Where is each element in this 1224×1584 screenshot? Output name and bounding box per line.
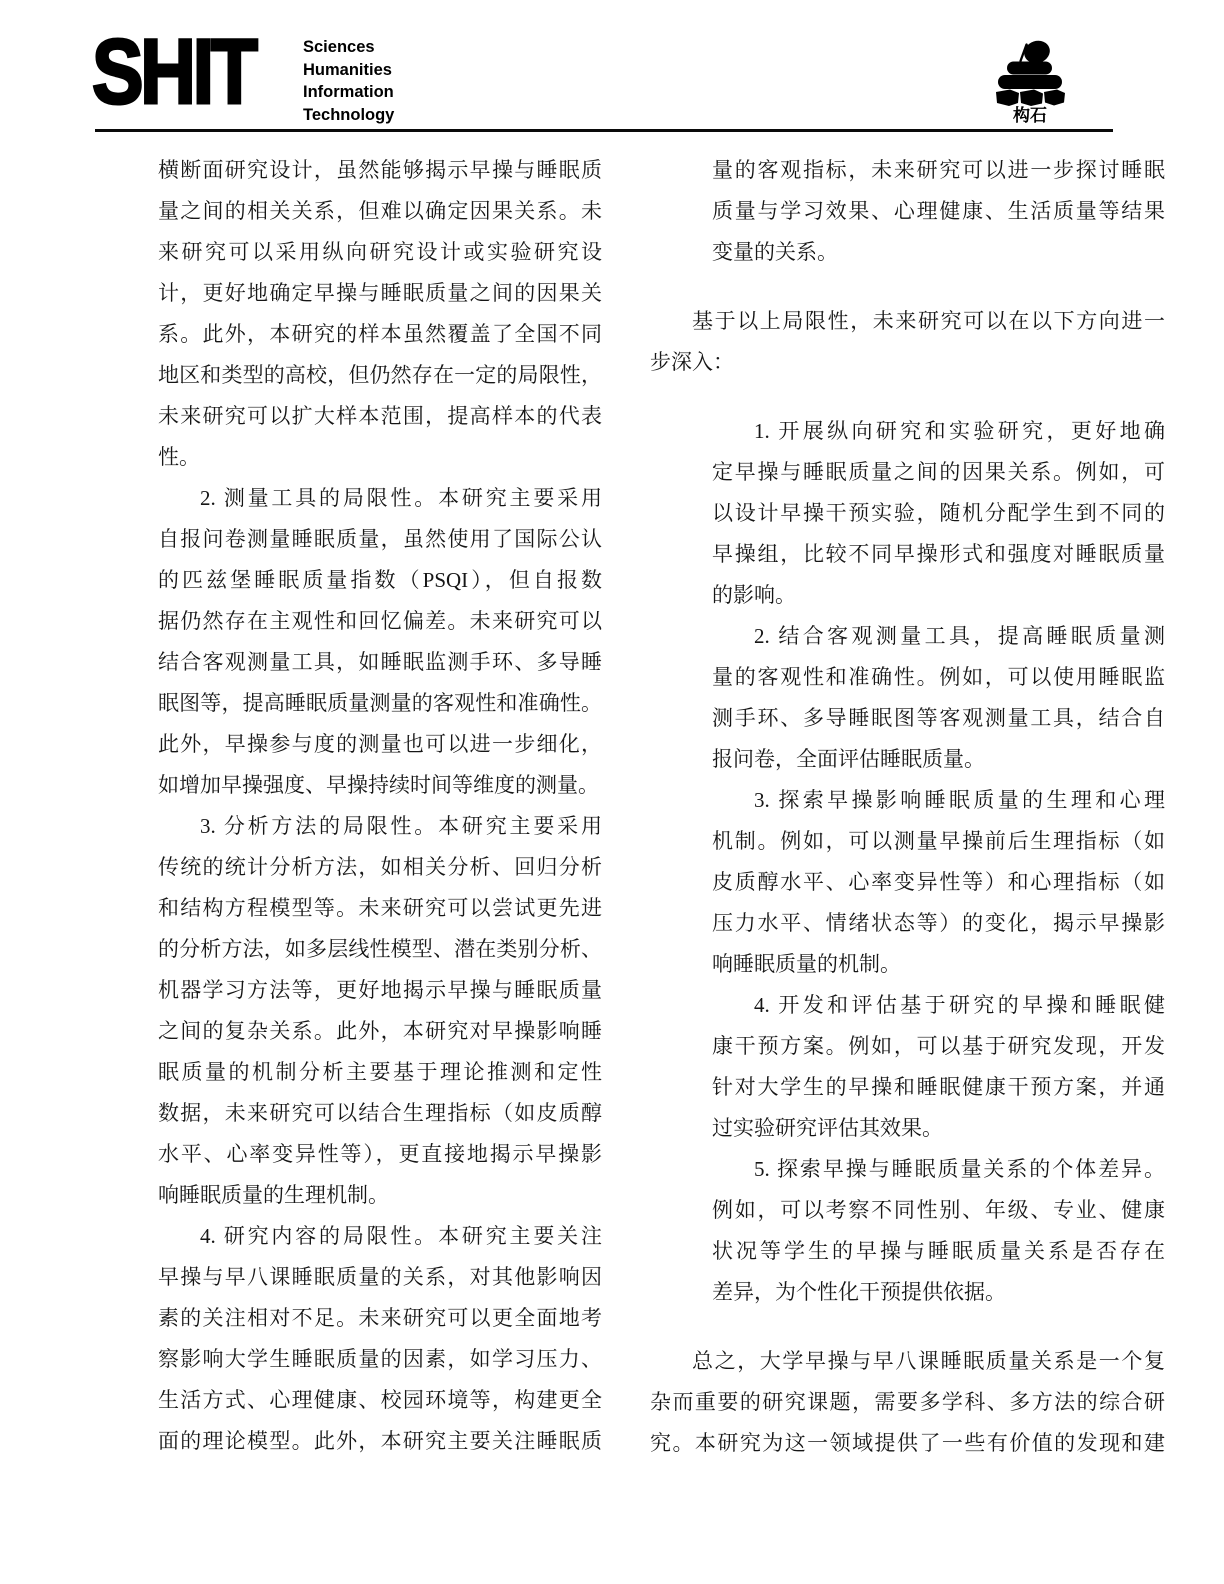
- left-column: 横断面研究设计，虽然能够揭示早操与睡眠质量之间的相关关系，但难以确定因果关系。未…: [158, 150, 602, 1462]
- text-line: 的分析方法，如多层线性模型、潜在类别分析、: [158, 929, 602, 970]
- text-line: 针对大学生的早操和睡眠健康干预方案，并通: [712, 1067, 1165, 1108]
- paragraph-numbered: 3. 分析方法的局限性。本研究主要采用传统的统计分析方法，如相关分析、回归分析和…: [158, 806, 602, 1216]
- text-line: 计，更好地确定早操与睡眠质量之间的因果关: [158, 273, 602, 314]
- text-line: 量的客观性和准确性。例如，可以使用睡眠监: [712, 657, 1165, 698]
- page-header: SHIT Sciences Humanities Information Tec…: [0, 0, 1224, 150]
- text-line: 传统的统计分析方法，如相关分析、回归分析: [158, 847, 602, 888]
- text-line: 早操组，比较不同早操形式和强度对睡眠质量: [712, 534, 1165, 575]
- text-line: 据仍然存在主观性和回忆偏差。未来研究可以: [158, 601, 602, 642]
- text-line: 和结构方程模型等。未来研究可以尝试更先进: [158, 888, 602, 929]
- text-line: 数据，未来研究可以结合生理指标（如皮质醇: [158, 1093, 602, 1134]
- journal-name-line: Technology: [303, 104, 394, 127]
- paragraph-block-item: 3. 探索早操影响睡眠质量的生理和心理机制。例如，可以测量早操前后生理指标（如皮…: [712, 780, 1165, 985]
- text-line: 早操与早八课睡眠质量的关系，对其他影响因: [158, 1257, 602, 1298]
- text-line: 眠图等，提高睡眠质量测量的客观性和准确性。: [158, 683, 602, 724]
- text-line: 结合客观测量工具，如睡眠监测手环、多导睡: [158, 642, 602, 683]
- text-line: 状况等学生的早操与睡眠质量关系是否存在: [712, 1231, 1165, 1272]
- paragraph-numbered: 4. 研究内容的局限性。本研究主要关注早操与早八课睡眠质量的关系，对其他影响因素…: [158, 1216, 602, 1462]
- paragraph-paragraph: 基于以上局限性，未来研究可以在以下方向进一步深入：: [650, 301, 1165, 383]
- text-line: 响睡眠质量的机制。: [712, 944, 1165, 985]
- header-rule: [95, 129, 1113, 132]
- text-line: 报问卷，全面评估睡眠质量。: [712, 739, 1165, 780]
- paragraph-paragraph: 总之，大学早操与早八课睡眠质量关系是一个复杂而重要的研究课题，需要多学科、多方法…: [650, 1341, 1165, 1464]
- text-line: 过实验研究评估其效果。: [712, 1108, 1165, 1149]
- text-line: 5. 探索早操与睡眠质量关系的个体差异。: [712, 1149, 1165, 1190]
- text-line: 差异，为个性化干预提供依据。: [712, 1272, 1165, 1313]
- text-line: 变量的关系。: [712, 232, 1165, 273]
- document-page: { "colors": { "ink": "#161616", "logo": …: [0, 0, 1224, 1584]
- text-line: 测手环、多导睡眠图等客观测量工具，结合自: [712, 698, 1165, 739]
- text-line: 1. 开展纵向研究和实验研究，更好地确: [712, 411, 1165, 452]
- text-line: 基于以上局限性，未来研究可以在以下方向进一: [650, 301, 1165, 342]
- text-line: 定早操与睡眠质量之间的因果关系。例如，可: [712, 452, 1165, 493]
- text-line: 面的理论模型。此外，本研究主要关注睡眠质: [158, 1421, 602, 1462]
- text-line: 康干预方案。例如，可以基于研究发现，开发: [712, 1026, 1165, 1067]
- journal-name: Sciences Humanities Information Technolo…: [303, 36, 394, 126]
- text-line: 系。此外，本研究的样本虽然覆盖了全国不同: [158, 314, 602, 355]
- text-line: 例如，可以考察不同性别、年级、专业、健康: [712, 1190, 1165, 1231]
- publisher-label: 构石: [983, 107, 1077, 125]
- text-line: 总之，大学早操与早八课睡眠质量关系是一个复: [650, 1341, 1165, 1382]
- paragraph-block-item: 4. 开发和评估基于研究的早操和睡眠健康干预方案。例如，可以基于研究发现，开发针…: [712, 985, 1165, 1149]
- right-column: 量的客观指标，未来研究可以进一步探讨睡眠质量与学习效果、心理健康、生活质量等结果…: [650, 150, 1165, 1464]
- text-line: 之间的复杂关系。此外，本研究对早操影响睡: [158, 1011, 602, 1052]
- text-line: 3. 探索早操影响睡眠质量的生理和心理: [712, 780, 1165, 821]
- text-line: 未来研究可以扩大样本范围，提高样本的代表: [158, 396, 602, 437]
- text-line: 机制。例如，可以测量早操前后生理指标（如: [712, 821, 1165, 862]
- paragraph-block-continuation: 量的客观指标，未来研究可以进一步探讨睡眠质量与学习效果、心理健康、生活质量等结果…: [712, 150, 1165, 273]
- text-line: 量之间的相关关系，但难以确定因果关系。未: [158, 191, 602, 232]
- text-line: 质量与学习效果、心理健康、生活质量等结果: [712, 191, 1165, 232]
- text-line: 机器学习方法等，更好地揭示早操与睡眠质量: [158, 970, 602, 1011]
- text-line: 2. 结合客观测量工具，提高睡眠质量测: [712, 616, 1165, 657]
- journal-name-line: Humanities: [303, 59, 394, 82]
- text-line: 杂而重要的研究课题，需要多学科、多方法的综合研: [650, 1382, 1165, 1423]
- text-line: 此外，早操参与度的测量也可以进一步细化，: [158, 724, 602, 765]
- text-line: 察影响大学生睡眠质量的因素，如学习压力、: [158, 1339, 602, 1380]
- text-line: 横断面研究设计，虽然能够揭示早操与睡眠质: [158, 150, 602, 191]
- paragraph-continuation: 横断面研究设计，虽然能够揭示早操与睡眠质量之间的相关关系，但难以确定因果关系。未…: [158, 150, 602, 478]
- text-line: 的影响。: [712, 575, 1165, 616]
- text-line: 压力水平、情绪状态等）的变化，揭示早操影: [712, 903, 1165, 944]
- text-line: 如增加早操强度、早操持续时间等维度的测量。: [158, 765, 602, 806]
- text-line: 性。: [158, 437, 602, 478]
- text-line: 4. 研究内容的局限性。本研究主要关注: [158, 1216, 602, 1257]
- text-line: 水平、心率变异性等），更直接地揭示早操影: [158, 1134, 602, 1175]
- journal-name-line: Information: [303, 81, 394, 104]
- text-line: 以设计早操干预实验，随机分配学生到不同的: [712, 493, 1165, 534]
- paragraph-block-item: 5. 探索早操与睡眠质量关系的个体差异。例如，可以考察不同性别、年级、专业、健康…: [712, 1149, 1165, 1313]
- text-line: 2. 测量工具的局限性。本研究主要采用: [158, 478, 602, 519]
- text-line: 量的客观指标，未来研究可以进一步探讨睡眠: [712, 150, 1165, 191]
- paragraph-block-item: 1. 开展纵向研究和实验研究，更好地确定早操与睡眠质量之间的因果关系。例如，可以…: [712, 411, 1165, 616]
- text-line: 步深入：: [650, 342, 1165, 383]
- rock-pile-icon: [990, 40, 1070, 106]
- text-line: 自报问卷测量睡眠质量，虽然使用了国际公认: [158, 519, 602, 560]
- text-line: 生活方式、心理健康、校园环境等，构建更全: [158, 1380, 602, 1421]
- text-line: 地区和类型的高校，但仍然存在一定的局限性，: [158, 355, 602, 396]
- publisher-logo: 构石: [983, 40, 1077, 125]
- text-line: 素的关注相对不足。未来研究可以更全面地考: [158, 1298, 602, 1339]
- journal-name-line: Sciences: [303, 36, 394, 59]
- text-line: 来研究可以采用纵向研究设计或实验研究设: [158, 232, 602, 273]
- paragraph-block-item: 2. 结合客观测量工具，提高睡眠质量测量的客观性和准确性。例如，可以使用睡眠监测…: [712, 616, 1165, 780]
- text-line: 4. 开发和评估基于研究的早操和睡眠健: [712, 985, 1165, 1026]
- text-line: 的匹兹堡睡眠质量指数（PSQI），但自报数: [158, 560, 602, 601]
- text-line: 究。本研究为这一领域提供了一些有价值的发现和建: [650, 1423, 1165, 1464]
- text-line: 眠质量的机制分析主要基于理论推测和定性: [158, 1052, 602, 1093]
- journal-logo-acronym: SHIT: [92, 26, 255, 118]
- text-line: 3. 分析方法的局限性。本研究主要采用: [158, 806, 602, 847]
- text-line: 皮质醇水平、心率变异性等）和心理指标（如: [712, 862, 1165, 903]
- paragraph-numbered: 2. 测量工具的局限性。本研究主要采用自报问卷测量睡眠质量，虽然使用了国际公认的…: [158, 478, 602, 806]
- text-line: 响睡眠质量的生理机制。: [158, 1175, 602, 1216]
